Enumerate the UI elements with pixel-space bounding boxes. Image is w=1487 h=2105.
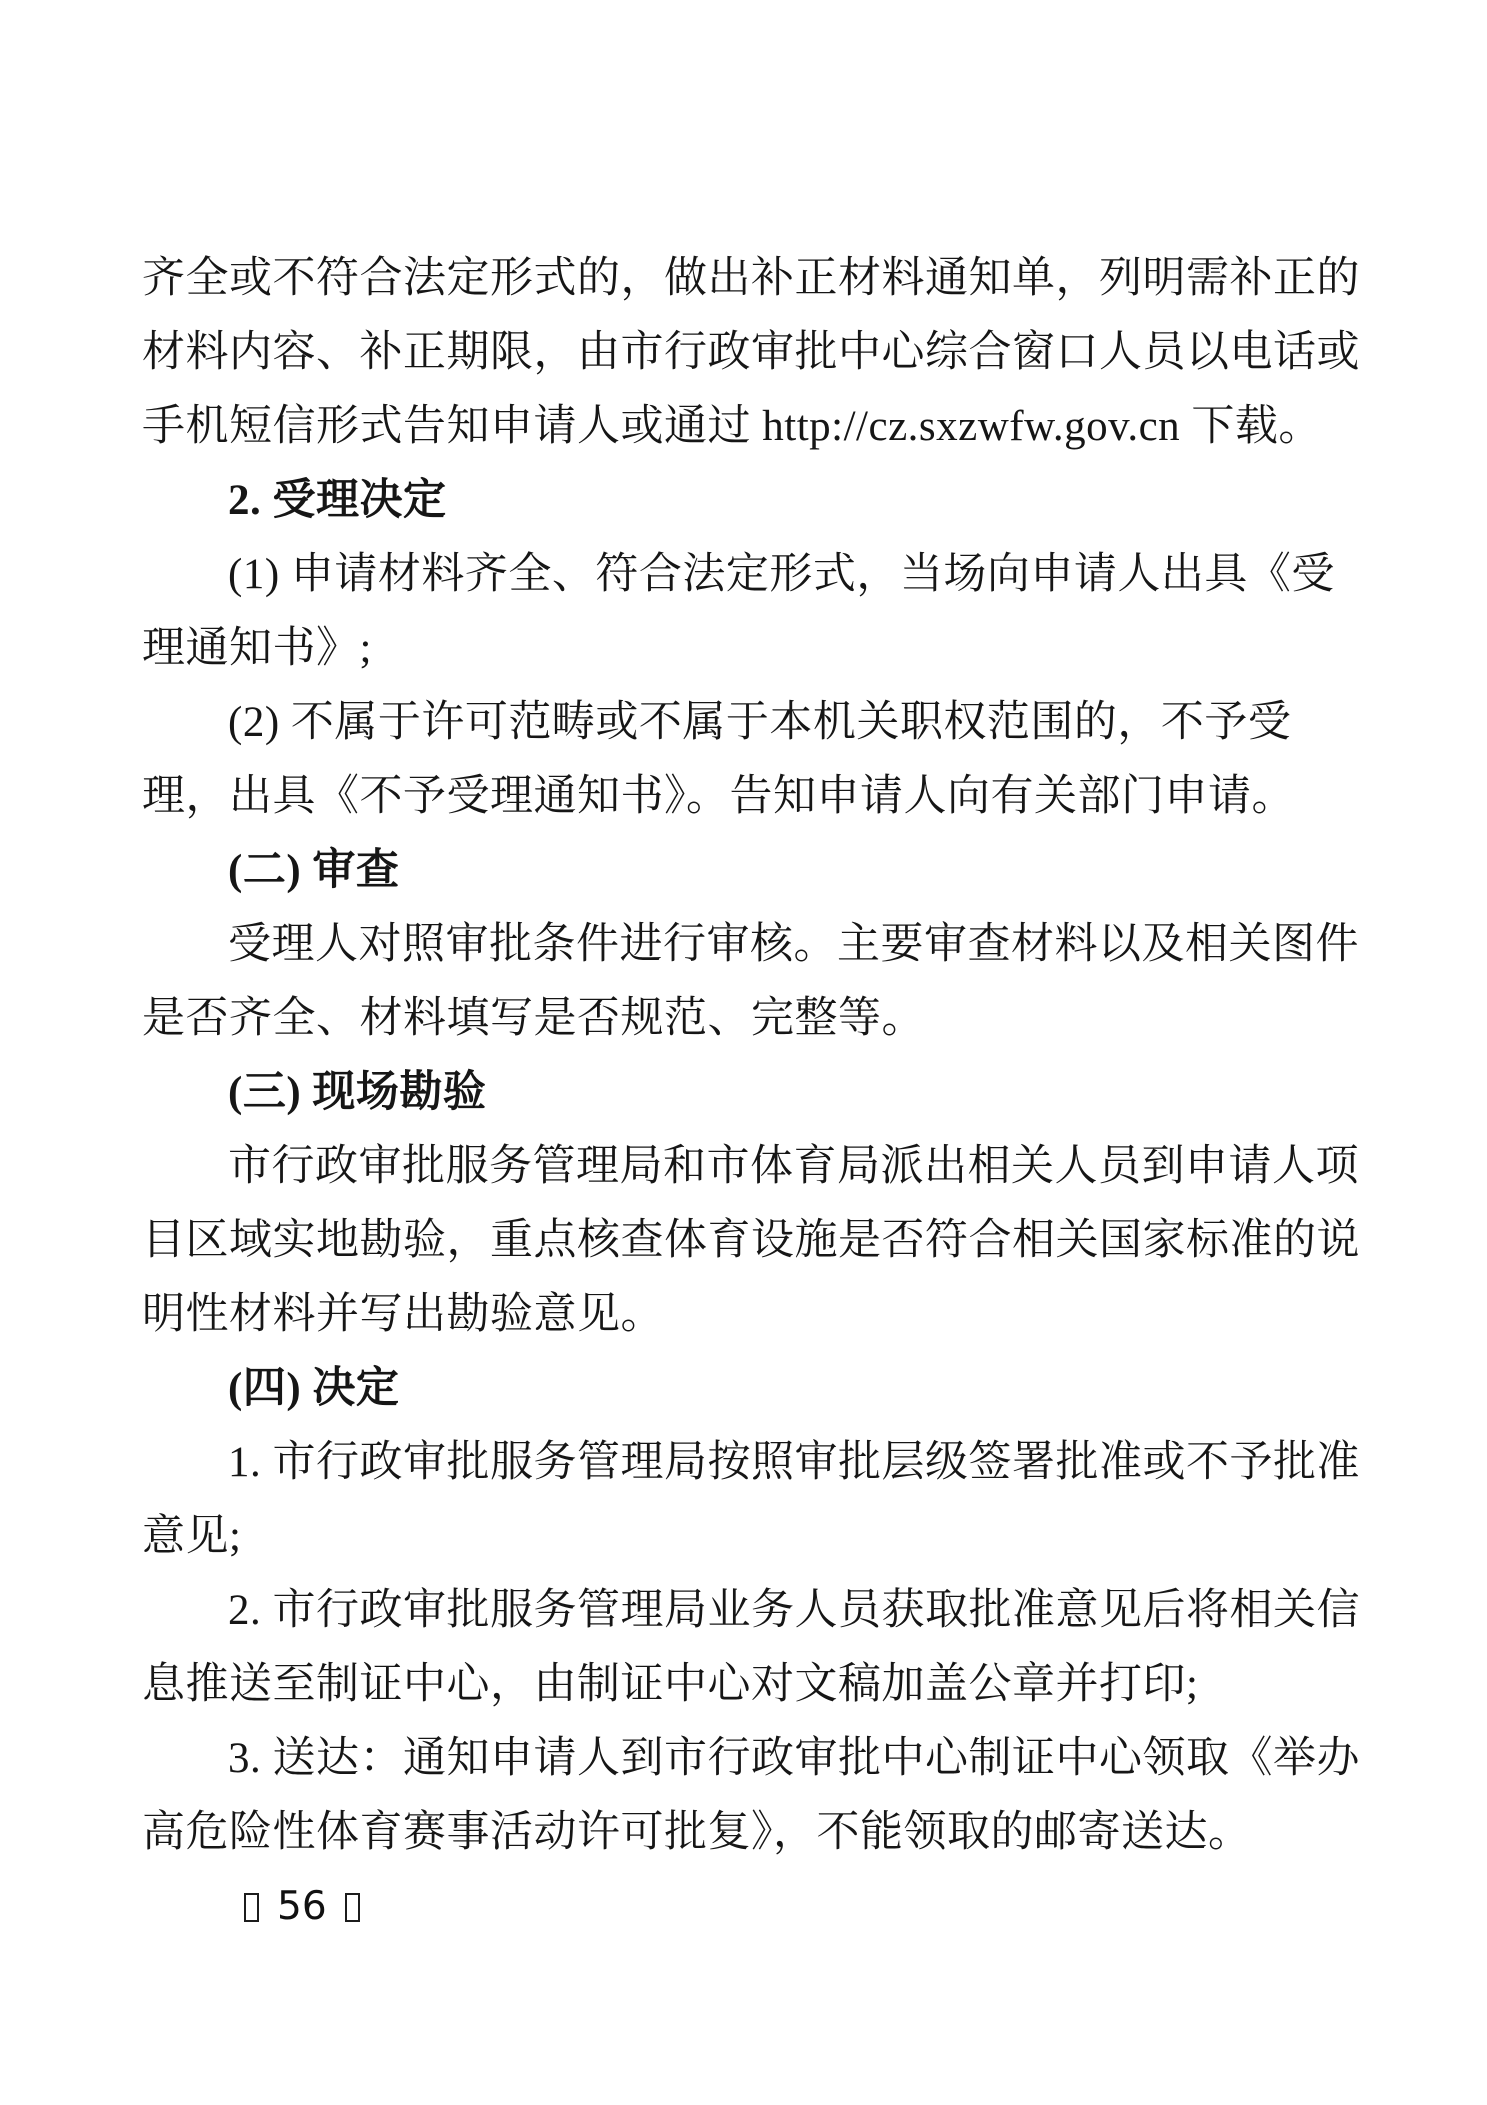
page-number: 56: [277, 1870, 327, 1944]
text-line: 齐全或不符合法定形式的，做出补正材料通知单，列明需补正的: [142, 242, 1346, 316]
text-line: 明性材料并写出勘验意见。: [142, 1278, 1346, 1352]
text-line: 理，出具《不予受理通知书》。告知申请人向有关部门申请。: [142, 760, 1346, 834]
section-heading: (三) 现场勘验: [142, 1056, 1346, 1130]
missing-glyph-box: [345, 1893, 360, 1922]
section-heading: 2. 受理决定: [142, 464, 1346, 538]
text-line: (1) 申请材料齐全、符合法定形式，当场向申请人出具《受: [142, 538, 1346, 612]
text-line: 是否齐全、材料填写是否规范、完整等。: [142, 982, 1346, 1056]
document-body: 齐全或不符合法定形式的，做出补正材料通知单，列明需补正的 材料内容、补正期限，由…: [142, 242, 1346, 1944]
text-line: 1. 市行政审批服务管理局按照审批层级签署批准或不予批准: [142, 1426, 1346, 1500]
text-line: 2. 市行政审批服务管理局业务人员获取批准意见后将相关信: [142, 1574, 1346, 1648]
text-line: 材料内容、补正期限，由市行政审批中心综合窗口人员以电话或: [142, 316, 1346, 390]
text-line: 目区域实地勘验，重点核查体育设施是否符合相关国家标准的说: [142, 1204, 1346, 1278]
text-line: 理通知书》;: [142, 612, 1346, 686]
text-line: 3. 送达：通知申请人到市行政审批中心制证中心领取《举办: [142, 1722, 1346, 1796]
missing-glyph-box: [244, 1893, 259, 1922]
text-line: 高危险性体育赛事活动许可批复》，不能领取的邮寄送达。: [142, 1796, 1346, 1870]
section-heading: (二) 审查: [142, 834, 1346, 908]
page-footer: 56: [142, 1870, 1346, 1944]
text-line: (2) 不属于许可范畴或不属于本机关职权范围的，不予受: [142, 686, 1346, 760]
text-line-with-url: 手机短信形式告知申请人或通过 http://cz.sxzwfw.gov.cn 下…: [142, 390, 1346, 464]
text-line: 市行政审批服务管理局和市体育局派出相关人员到申请人项: [142, 1130, 1346, 1204]
document-page: 齐全或不符合法定形式的，做出补正材料通知单，列明需补正的 材料内容、补正期限，由…: [0, 0, 1487, 2105]
text-line: 息推送至制证中心，由制证中心对文稿加盖公章并打印;: [142, 1648, 1346, 1722]
section-heading: (四) 决定: [142, 1352, 1346, 1426]
text-line: 受理人对照审批条件进行审核。主要审查材料以及相关图件: [142, 908, 1346, 982]
text-line: 意见;: [142, 1500, 1346, 1574]
